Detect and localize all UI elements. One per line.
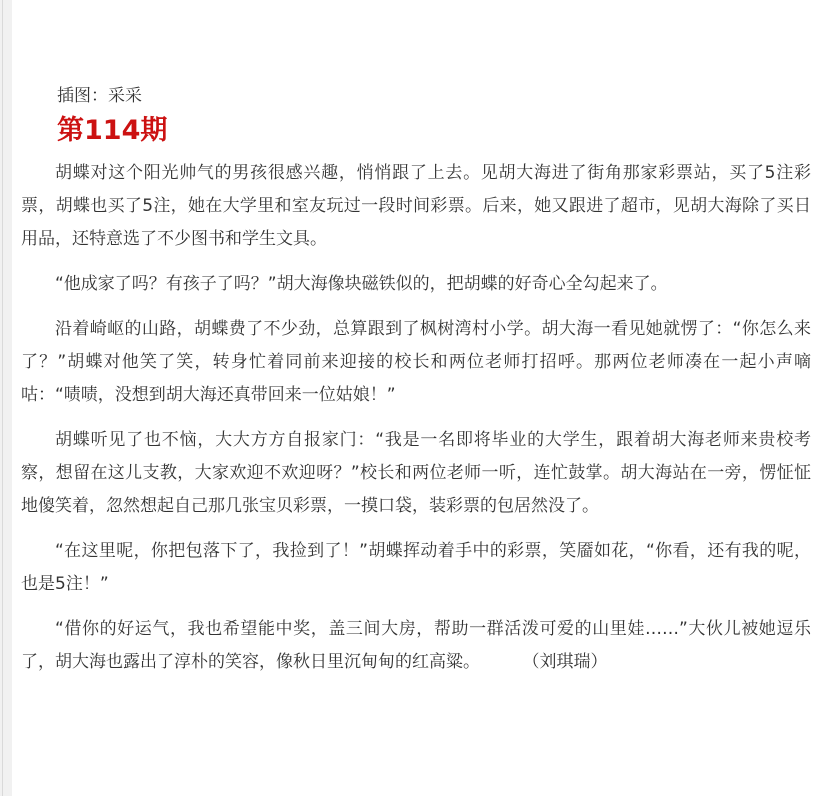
left-border-strip (0, 0, 12, 796)
story-paragraph-5: “在这里呢，你把包落下了，我捡到了！”胡蝶挥动着手中的彩票，笑靥如花，“你看，还… (21, 535, 811, 601)
story-paragraph-1: 胡蝶对这个阳光帅气的男孩很感兴趣，悄悄跟了上去。见胡大海进了街角那家彩票站，买了… (21, 157, 811, 256)
story-paragraph-6-text: “借你的好运气，我也希望能中奖，盖三间大房，帮助一群活泼可爱的山里娃……”大伙儿… (21, 619, 811, 672)
story-paragraph-6: “借你的好运气，我也希望能中奖，盖三间大房，帮助一群活泼可爱的山里娃……”大伙儿… (21, 613, 811, 679)
author-attribution: （刘琪瑞） (531, 652, 608, 672)
issue-heading: 第114期 (57, 113, 811, 149)
illustration-caption: 插图：采采 (21, 80, 811, 113)
story-paragraph-3: 沿着崎岖的山路，胡蝶费了不少劲，总算跟到了枫树湾村小学。胡大海一看见她就愣了：“… (21, 313, 811, 412)
story-paragraph-4: 胡蝶听见了也不恼，大大方方自报家门：“我是一名即将毕业的大学生，跟着胡大海老师来… (21, 424, 811, 523)
article-page: 插图：采采 第114期 胡蝶对这个阳光帅气的男孩很感兴趣，悄悄跟了上去。见胡大海… (21, 0, 815, 679)
story-paragraph-2: “他成家了吗？有孩子了吗？”胡大海像块磁铁似的，把胡蝶的好奇心全勾起来了。 (21, 268, 811, 301)
